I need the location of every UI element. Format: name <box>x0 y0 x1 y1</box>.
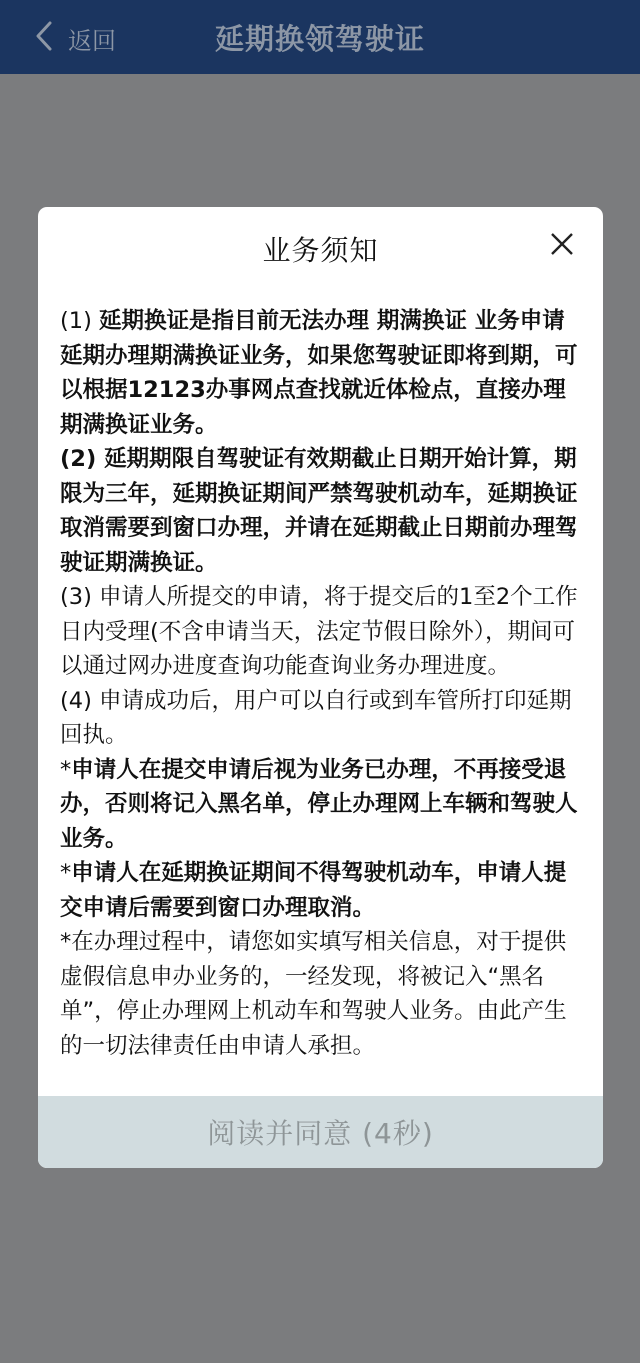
notice-item-text: 延期换证是指目前无法办理 期满换证 业务申请延期办理期满换证业务，如果您驾驶证即… <box>60 308 578 438</box>
notice-item-text: 申请人所提交的申请，将于提交后的1至2个工作日内受理(不含申请当天，法定节假日除… <box>60 584 578 679</box>
notice-item-4: (4) 申请成功后，用户可以自行或到车管所打印延期回执。 <box>60 684 585 753</box>
read-and-agree-button[interactable]: 阅读并同意 (4秒) <box>38 1096 603 1168</box>
navigation-bar: 返回 延期换领驾驶证 <box>0 0 640 74</box>
notice-item-text: 申请成功后，用户可以自行或到车管所打印延期回执。 <box>60 688 572 749</box>
notice-warning-1: *申请人在提交申请后视为业务已办理，不再接受退办，否则将记入黑名单，停止办理网上… <box>60 753 585 857</box>
notice-item-3: (3) 申请人所提交的申请，将于提交后的1至2个工作日内受理(不含申请当天，法定… <box>60 580 585 684</box>
close-icon <box>549 242 575 261</box>
agree-button-label: 阅读并同意 (4秒) <box>207 1112 434 1152</box>
asterisk-marker: * <box>60 757 71 783</box>
business-notice-dialog: 业务须知 (1) 延期换证是指目前无法办理 期满换证 业务申请延期办理期满换证业… <box>38 207 603 1168</box>
notice-item-2: (2) 延期期限自驾驶证有效期截止日期开始计算，期限为三年，延期换证期间严禁驾驶… <box>60 442 585 580</box>
notice-item-prefix: (1) <box>60 308 99 334</box>
notice-item-prefix: (3) <box>60 584 99 610</box>
notice-item-text: 申请人在延期换证期间不得驾驶机动车，申请人提交申请后需要到窗口办理取消。 <box>60 860 566 921</box>
notice-item-text: 在办理过程中，请您如实填写相关信息，对于提供虚假信息申办业务的，一经发现，将被记… <box>60 929 567 1059</box>
notice-item-text: 申请人在提交申请后视为业务已办理，不再接受退办，否则将记入黑名单，停止办理网上车… <box>60 757 578 852</box>
notice-item-prefix: (2) <box>60 446 104 472</box>
dialog-title: 业务须知 <box>38 229 603 269</box>
notice-item-text: 延期期限自驾驶证有效期截止日期开始计算，期限为三年，延期换证期间严禁驾驶机动车，… <box>60 446 578 576</box>
close-button[interactable] <box>549 231 575 257</box>
page-title: 延期换领驾驶证 <box>0 17 640 58</box>
notice-item-1: (1) 延期换证是指目前无法办理 期满换证 业务申请延期办理期满换证业务，如果您… <box>60 304 585 442</box>
notice-content: (1) 延期换证是指目前无法办理 期满换证 业务申请延期办理期满换证业务，如果您… <box>60 304 585 1063</box>
notice-warning-2: *申请人在延期换证期间不得驾驶机动车，申请人提交申请后需要到窗口办理取消。 <box>60 856 585 925</box>
asterisk-marker: * <box>60 860 71 886</box>
notice-item-prefix: (4) <box>60 688 99 714</box>
asterisk-marker: * <box>60 929 71 955</box>
notice-warning-3: *在办理过程中，请您如实填写相关信息，对于提供虚假信息申办业务的，一经发现，将被… <box>60 925 585 1063</box>
